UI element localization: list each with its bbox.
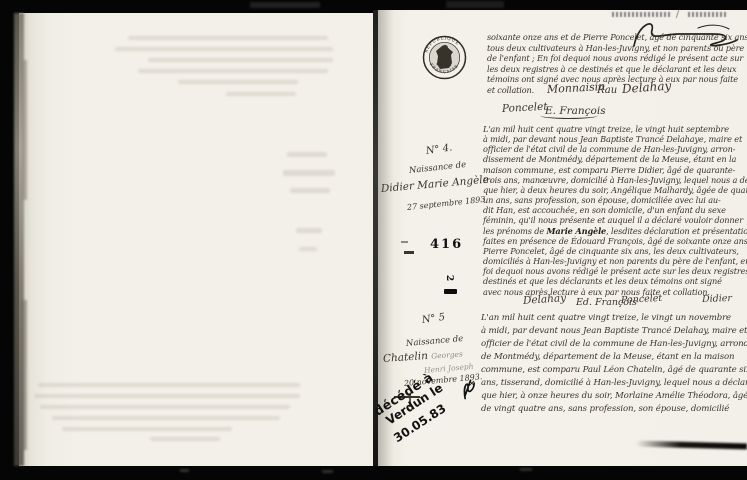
- act-line: faites en présence de Édouard François, …: [483, 236, 747, 246]
- act-line: de l'enfant ; En foi dequoi nous avons r…: [487, 53, 747, 64]
- republique-francaise-seal-icon: RÉPUBLIQUE FRANÇAISE: [421, 34, 468, 81]
- act-line: que hier, à deux heures du soir, Angéliq…: [483, 185, 747, 195]
- signature: Rau: [597, 85, 617, 96]
- act-line: officier de l'état civil de la commune d…: [481, 338, 747, 351]
- film-edge-speck: [322, 470, 333, 473]
- act-line: ans, tisserand, domicilié à Han-les-Juvi…: [481, 377, 747, 390]
- bleedthrough-line: [226, 92, 296, 96]
- film-edge-speck: [180, 469, 189, 472]
- binding-streak: [21, 300, 27, 450]
- bleedthrough-line: [150, 437, 220, 441]
- act-line: officier de l'état civil de la commune d…: [483, 144, 747, 154]
- act-line: tous deux cultivateurs à Han-les-Juvigny…: [487, 43, 747, 54]
- bleedthrough-line: [40, 405, 290, 409]
- bleedthrough-mark: [283, 170, 335, 176]
- bleedthrough-mark: [287, 152, 327, 157]
- act-line: trois ans, manœuvre, domicilié à Han-les…: [483, 175, 747, 185]
- film-mark: 2: [444, 275, 454, 281]
- frame-number: 416: [430, 237, 463, 252]
- act-line-text: , lesdites déclaration et présentation: [606, 226, 747, 236]
- act-line: à midi, par devant nous Jean Baptiste Tr…: [481, 325, 747, 338]
- bleedthrough-line: [52, 416, 280, 420]
- act-line: un ans, sans profession, son épouse, dom…: [483, 195, 747, 205]
- act-line: soixante onze ans et de Pierre Poncelet,…: [487, 32, 747, 43]
- act-line: L'an mil huit cent quatre vingt treize, …: [481, 312, 747, 325]
- bleedthrough-line: [34, 394, 300, 398]
- act-line: foi dequoi nous avons rédigé le présent …: [483, 266, 747, 276]
- margin-dash: [404, 251, 414, 254]
- bleedthrough-line: [138, 69, 328, 73]
- act-line: de vingt quatre ans, sans profession, so…: [481, 403, 747, 416]
- child-name: Marie Angèle: [546, 226, 606, 236]
- margin-dash: [401, 241, 408, 243]
- act-line: féminin, qu'il nous présente et auquel i…: [483, 215, 747, 225]
- act-line: Pierre Poncelet, âgé de cinquante six an…: [483, 246, 747, 256]
- act-line: commune, est comparu Paul Léon Chatelin,…: [481, 364, 747, 377]
- bleedthrough-mark: [290, 188, 330, 193]
- act-line: destinés et que les déclarants et les de…: [483, 276, 747, 286]
- bleedthrough-line: [115, 47, 333, 51]
- bleedthrough-line: [148, 58, 333, 62]
- binding-streak: [22, 60, 27, 200]
- film-edge-speck: [520, 468, 532, 471]
- act-line: les deux registres à ce destinés et que …: [487, 64, 747, 75]
- act-line: dit Han, est accouchée, en son domicile,…: [483, 205, 747, 215]
- signature: Poncelet: [502, 101, 548, 115]
- registry-scan: RÉPUBLIQUE FRANÇAISE soixante onze ans e…: [0, 0, 747, 480]
- act-line-text: les prénoms de: [483, 226, 546, 236]
- bleedthrough-line: [178, 80, 298, 84]
- act-line: que hier, à onze heures du soir, Morlain…: [481, 390, 747, 403]
- act-line: domiciliés à Han-les-Juvigny et non pare…: [483, 256, 747, 266]
- signature: Poncelet: [621, 293, 663, 306]
- bleedthrough-line: [62, 427, 232, 431]
- signature: Didier: [702, 293, 732, 305]
- act4-body: L'an mil huit cent quatre vingt treize, …: [483, 124, 747, 297]
- film-edge-blotch: [446, 1, 504, 8]
- act-line: dissement de Montmédy, département de la…: [483, 154, 747, 164]
- act-line: de Montmédy, département de la Meuse, ét…: [481, 351, 747, 364]
- film-edge-blotch: [250, 2, 320, 8]
- act-line: L'an mil huit cent quatre vingt treize, …: [483, 124, 747, 134]
- bleedthrough-mark: [299, 247, 317, 251]
- bleedthrough-line: [128, 36, 328, 40]
- act-line-child-name: les prénoms de Marie Angèle, lesdites dé…: [483, 226, 747, 236]
- signature-underline: [540, 112, 598, 119]
- act5-body: L'an mil huit cent quatre vingt treize, …: [481, 312, 747, 416]
- bleedthrough-line: [38, 383, 300, 387]
- act-line: maison commune, est comparu Pierre Didie…: [483, 165, 747, 175]
- act-line: à midi, par devant nous Jean Baptiste Tr…: [483, 134, 747, 144]
- film-mark-block: [444, 289, 457, 294]
- bleedthrough-mark: [296, 228, 322, 233]
- act-line: témoins ont signé avec nous après lectur…: [487, 74, 747, 85]
